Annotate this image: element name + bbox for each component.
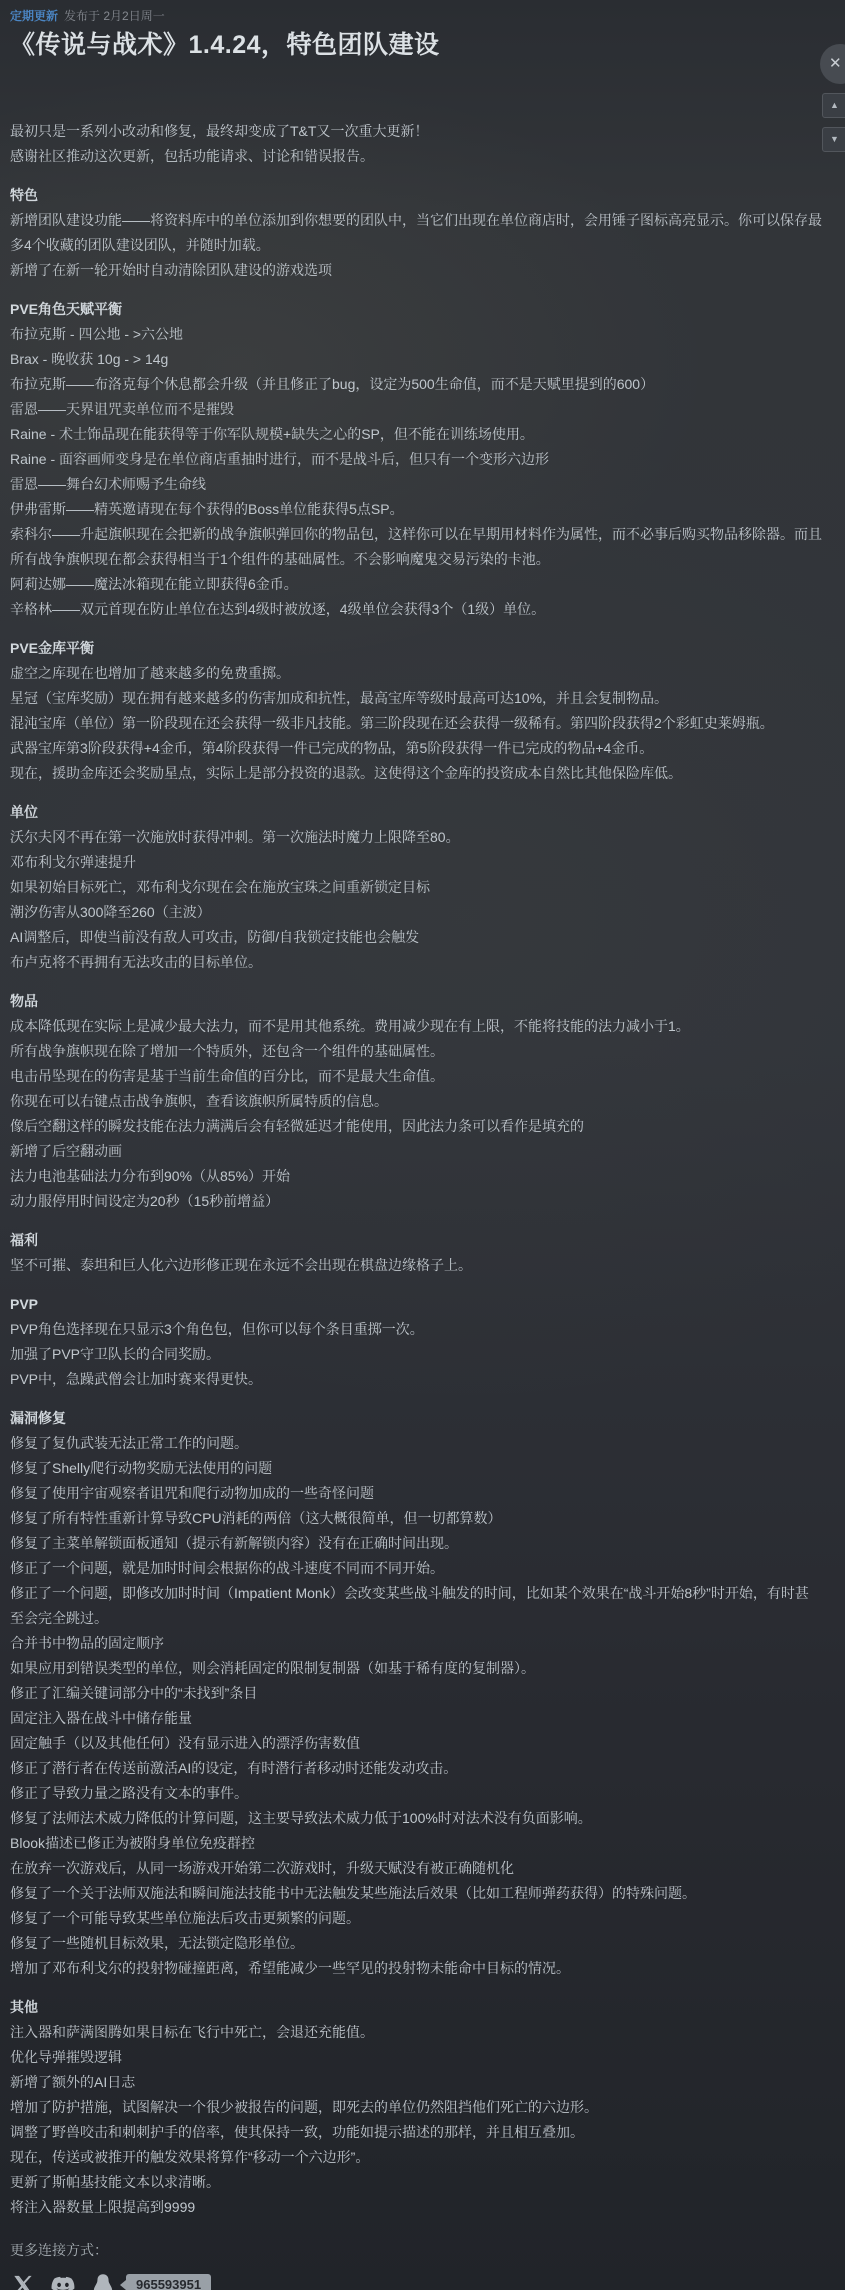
publish-date: 发布于 2月2日周一 (64, 9, 165, 23)
patch-note-line: 现在，传送或被推开的触发效果将算作“移动一个六边形”。 (10, 2145, 822, 2170)
section-heading: 其他 (10, 1995, 822, 2020)
patch-note-line: 修复了主菜单解锁面板通知（提示有新解锁内容）没有在正确时间出现。 (10, 1531, 822, 1556)
patch-note-line: 修正了一个问题，就是加时时间会根据你的战斗速度不同而不同开始。 (10, 1556, 822, 1581)
patch-note-line: AI调整后，即使当前没有敌人可攻击，防御/自我锁定技能也会触发 (10, 925, 822, 950)
patch-note-line: 辛格林——双元首现在防止单位在达到4级时被放逐，4级单位会获得3个（1级）单位。 (10, 597, 822, 622)
scroll-up-button[interactable]: ▲ (822, 93, 845, 118)
chevron-up-icon: ▲ (830, 100, 839, 110)
patch-note-line: 修正了导致力量之路没有文本的事件。 (10, 1781, 822, 1806)
section-heading: 单位 (10, 800, 822, 825)
patch-note-line: Brax - 晚收获 10g - > 14g (10, 347, 822, 372)
patch-note-line: 武器宝库第3阶段获得+4金币，第4阶段获得一件已完成的物品，第5阶段获得一件已完… (10, 736, 822, 761)
patch-note-line: 固定触手（以及其他任何）没有显示进入的漂浮伤害数值 (10, 1731, 822, 1756)
patch-note-line: 将注入器数量上限提高到9999 (10, 2195, 822, 2220)
patch-note-line: 星冠（宝库奖励）现在拥有越来越多的伤害加成和抗性，最高宝库等级时最高可达10%，… (10, 686, 822, 711)
patch-notes-page: 定期更新发布于 2月2日周一 《传说与战术》1.4.24，特色团队建设 最初只是… (0, 0, 845, 2290)
patch-note-line: 电击吊坠现在的伤害是基于当前生命值的百分比，而不是最大生命值。 (10, 1064, 822, 1089)
patch-note-line: 修复了法师法术威力降低的计算问题，这主要导致法术威力低于100%时对法术没有负面… (10, 1806, 822, 1831)
patch-note-line: 阿莉达娜——魔法冰箱现在能立即获得6金币。 (10, 572, 822, 597)
patch-note-line: 固定注入器在战斗中储存能量 (10, 1706, 822, 1731)
patch-note-line: 修复了复仇武装无法正常工作的问题。 (10, 1431, 822, 1456)
social-links-row: 965593951 (10, 2272, 211, 2290)
patch-note-line: 混沌宝库（单位）第一阶段现在还会获得一级非凡技能。第三阶段现在还会获得一级稀有。… (10, 711, 822, 736)
patch-note-line: 修复了一个可能导致某些单位施法后攻击更频繁的问题。 (10, 1906, 822, 1931)
qq-number-badge: 965593951 (126, 2274, 211, 2290)
patch-note-line: 优化导弹摧毁逻辑 (10, 2045, 822, 2070)
update-type-tag[interactable]: 定期更新 (10, 9, 58, 23)
patch-note-line: 法力电池基础法力分布到90%（从85%）开始 (10, 1164, 822, 1189)
patch-note-line: 新增了额外的AI日志 (10, 2070, 822, 2095)
patch-note-line: 合并书中物品的固定顺序 (10, 1631, 822, 1656)
patch-note-line: 加强了PVP守卫队长的合同奖励。 (10, 1342, 822, 1367)
close-icon: ✕ (829, 55, 842, 72)
page-title: 《传说与战术》1.4.24，特色团队建设 (10, 29, 821, 61)
patch-note-line: 新增团队建设功能——将资料库中的单位添加到你想要的团队中，当它们出现在单位商店时… (10, 208, 822, 258)
patch-note-line: 雷恩——天界诅咒卖单位而不是摧毁 (10, 397, 822, 422)
section-heading: 福利 (10, 1228, 822, 1253)
patch-note-line: Blook描述已修正为被附身单位免疫群控 (10, 1831, 822, 1856)
patch-note-line: Raine - 面容画师变身是在单位商店重抽时进行，而不是战斗后，但只有一个变形… (10, 447, 822, 472)
patch-note-line: 邓布利戈尔弹速提升 (10, 850, 822, 875)
patch-note-line: 你现在可以右键点击战争旗帜，查看该旗帜所属特质的信息。 (10, 1089, 822, 1114)
patch-note-line: 修正了潜行者在传送前激活AI的设定，有时潜行者移动时还能发动攻击。 (10, 1756, 822, 1781)
patch-note-line: 在放弃一次游戏后，从同一场游戏开始第二次游戏时，升级天赋没有被正确随机化 (10, 1856, 822, 1881)
patch-note-line: 雷恩——舞台幻术师赐予生命线 (10, 472, 822, 497)
article-body: 最初只是一系列小改动和修复，最终却变成了T&T又一次重大更新！感谢社区推动这次更… (10, 119, 822, 2220)
patch-note-line: 动力服停用时间设定为20秒（15秒前增益） (10, 1189, 822, 1214)
patch-note-line: 如果初始目标死亡，邓布利戈尔现在会在施放宝珠之间重新锁定目标 (10, 875, 822, 900)
patch-note-line: 布卢克将不再拥有无法攻击的目标单位。 (10, 950, 822, 975)
patch-note-line: 现在，援助金库还会奖励星点，实际上是部分投资的退款。这使得这个金库的投资成本自然… (10, 761, 822, 786)
chevron-down-icon: ▼ (830, 134, 839, 144)
patch-note-line: 沃尔夫冈不再在第一次施放时获得冲刺。第一次施法时魔力上限降至80。 (10, 825, 822, 850)
patch-note-line: 所有战争旗帜现在除了增加一个特质外，还包含一个组件的基础属性。 (10, 1039, 822, 1064)
patch-note-line: 更新了斯帕基技能文本以求清晰。 (10, 2170, 822, 2195)
patch-note-line: 成本降低现在实际上是减少最大法力，而不是用其他系统。费用减少现在有上限，不能将技… (10, 1014, 822, 1039)
patch-note-line: 修复了一些随机目标效果，无法锁定隐形单位。 (10, 1931, 822, 1956)
scroll-down-button[interactable]: ▼ (822, 127, 845, 152)
patch-note-line: 伊弗雷斯——精英邀请现在每个获得的Boss单位能获得5点SP。 (10, 497, 822, 522)
qq-icon[interactable] (90, 2272, 116, 2290)
section-heading: 漏洞修复 (10, 1406, 822, 1431)
section-heading: 特色 (10, 183, 822, 208)
patch-note-line: 新增了在新一轮开始时自动清除团队建设的游戏选项 (10, 258, 822, 283)
footer-connect: 更多连接方式： 965593951 (10, 2240, 211, 2290)
patch-note-line: 增加了防护措施，试图解决一个很少被报告的问题，即死去的单位仍然阻挡他们死亡的六边… (10, 2095, 822, 2120)
patch-note-line: 最初只是一系列小改动和修复，最终却变成了T&T又一次重大更新！ (10, 119, 822, 144)
patch-note-line: 调整了野兽咬击和刺刺护手的倍率，使其保持一致，功能如提示描述的那样，并且相互叠加… (10, 2120, 822, 2145)
more-connect-label: 更多连接方式： (10, 2240, 211, 2260)
section-heading: 物品 (10, 989, 822, 1014)
patch-note-line: 虚空之库现在也增加了越来越多的免费重掷。 (10, 661, 822, 686)
patch-note-line: 修复了一个关于法师双施法和瞬间施法技能书中无法触发某些施法后效果（比如工程师弹药… (10, 1881, 822, 1906)
close-button[interactable]: ✕ (820, 44, 845, 84)
section-heading: PVP (10, 1292, 822, 1317)
x-icon[interactable] (10, 2272, 36, 2290)
section-heading: PVE金库平衡 (10, 636, 822, 661)
patch-note-line: Raine - 术士饰品现在能获得等于你军队规模+缺失之心的SP，但不能在训练场… (10, 422, 822, 447)
patch-note-line: 增加了邓布利戈尔的投射物碰撞距离，希望能减少一些罕见的投射物未能命中目标的情况。 (10, 1956, 822, 1981)
patch-note-line: 索科尔——升起旗帜现在会把新的战争旗帜弹回你的物品包，这样你可以在早期用材料作为… (10, 522, 822, 572)
post-meta: 定期更新发布于 2月2日周一 (10, 8, 821, 24)
discord-icon[interactable] (50, 2272, 76, 2290)
patch-note-line: 如果应用到错误类型的单位，则会消耗固定的限制复制器（如基于稀有度的复制器）。 (10, 1656, 822, 1681)
patch-note-line: 修正了一个问题，即修改加时时间（Impatient Monk）会改变某些战斗触发… (10, 1581, 822, 1631)
patch-note-line: 像后空翻这样的瞬发技能在法力满满后会有轻微延迟才能使用，因此法力条可以看作是填充… (10, 1114, 822, 1139)
patch-note-line: 布拉克斯 - 四公地 - >六公地 (10, 322, 822, 347)
patch-note-line: 修复了Shelly爬行动物奖励无法使用的问题 (10, 1456, 822, 1481)
patch-note-line: 修复了使用宇宙观察者诅咒和爬行动物加成的一些奇怪问题 (10, 1481, 822, 1506)
qq-group: 965593951 (90, 2272, 211, 2290)
patch-note-line: PVP角色选择现在只显示3个角色包，但你可以每个条目重掷一次。 (10, 1317, 822, 1342)
patch-note-line: 感谢社区推动这次更新，包括功能请求、讨论和错误报告。 (10, 144, 822, 169)
patch-note-line: 修正了汇编关键词部分中的“未找到”条目 (10, 1681, 822, 1706)
patch-note-line: 布拉克斯——布洛克每个休息都会升级（并且修正了bug，设定为500生命值，而不是… (10, 372, 822, 397)
patch-note-line: 修复了所有特性重新计算导致CPU消耗的两倍（这大概很简单，但一切都算数） (10, 1506, 822, 1531)
section-heading: PVE角色天赋平衡 (10, 297, 822, 322)
patch-note-line: 注入器和萨满图腾如果目标在飞行中死亡，会退还充能值。 (10, 2020, 822, 2045)
patch-note-line: 新增了后空翻动画 (10, 1139, 822, 1164)
patch-note-line: 坚不可摧、泰坦和巨人化六边形修正现在永远不会出现在棋盘边缘格子上。 (10, 1253, 822, 1278)
patch-note-line: PVP中，急躁武僧会让加时赛来得更快。 (10, 1367, 822, 1392)
patch-note-line: 潮汐伤害从300降至260（主波） (10, 900, 822, 925)
